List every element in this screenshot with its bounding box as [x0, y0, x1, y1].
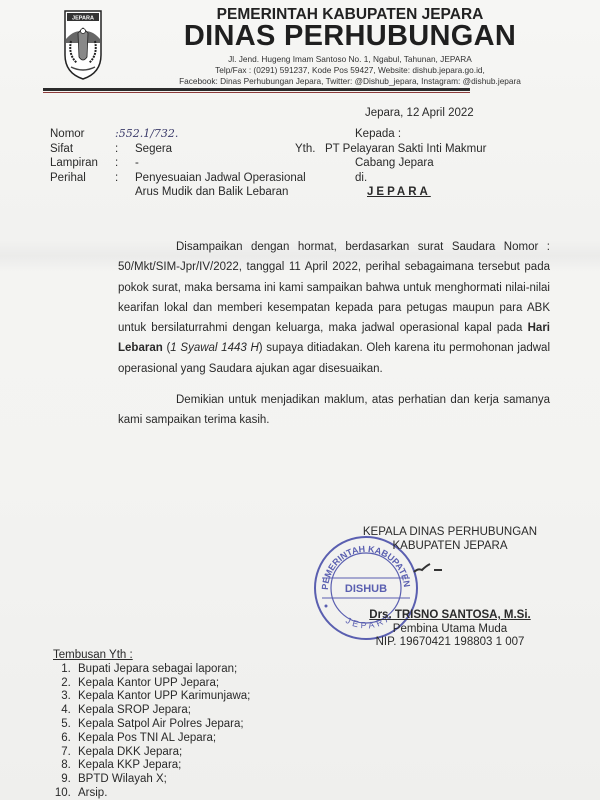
- recipient-yth: Yth.: [295, 142, 325, 157]
- letterhead-divider-accent: [43, 92, 470, 93]
- emblem-label: JEPARA: [72, 16, 94, 22]
- cc-title: Tembusan Yth :: [53, 649, 250, 663]
- recipient-branch: Cabang Jepara: [355, 156, 434, 171]
- cc-item: Kepala Kantor UPP Karimunjawa;: [74, 690, 250, 704]
- recipient-city: JEPARA: [367, 185, 431, 200]
- signatory-title-2: KABUPATEN JEPARA: [345, 540, 555, 554]
- cc-item: Kepala Kantor UPP Jepara;: [74, 677, 250, 691]
- signatory-name: Drs. TRISNO SANTOSA, M.Si.: [345, 609, 555, 623]
- cc-item: BPTD Wilayah X;: [74, 773, 250, 787]
- cc-item: Kepala Pos TNI AL Jepara;: [74, 732, 250, 746]
- signatory-title-1: KEPALA DINAS PERHUBUNGAN: [345, 526, 555, 540]
- letterhead-agency: DINAS PERHUBUNGAN: [140, 20, 560, 53]
- letterhead-contact: Telp/Fax : (0291) 591237, Kode Pos 59427…: [140, 65, 560, 76]
- letter-body: Disampaikan dengan hormat, berdasarkan s…: [118, 237, 550, 431]
- recipient-block: Kepada : Yth.PT Pelayaran Sakti Inti Mak…: [325, 127, 487, 200]
- meta-sifat: Sifat : Segera: [50, 142, 306, 157]
- cc-items: Bupati Jepara sebagai laporan;Kepala Kan…: [53, 663, 250, 800]
- meta-lampiran: Lampiran : -: [50, 156, 306, 171]
- recipient-di: di.: [355, 171, 367, 186]
- signature-block: KEPALA DINAS PERHUBUNGAN KABUPATEN JEPAR…: [345, 526, 555, 650]
- recipient-kepada: Kepada :: [355, 127, 401, 142]
- cc-item: Kepala SROP Jepara;: [74, 704, 250, 718]
- recipient-name: PT Pelayaran Sakti Inti Makmur: [325, 142, 487, 157]
- signatory-rank: Pembina Utama Muda: [345, 623, 555, 637]
- letterhead-contact-block: Jl. Jend. Hugeng Imam Santoso No. 1, Nga…: [140, 54, 560, 87]
- letterhead-divider: [43, 88, 470, 91]
- nomor-handwritten: :552.1/732.: [115, 127, 178, 142]
- jepara-regency-emblem-icon: JEPARA: [63, 9, 103, 81]
- meta-nomor: Nomor :552.1/732.: [50, 127, 306, 142]
- cc-item: Bupati Jepara sebagai laporan;: [74, 663, 250, 677]
- letterhead-address: Jl. Jend. Hugeng Imam Santoso No. 1, Nga…: [140, 54, 560, 65]
- meta-perihal: Perihal : Penyesuaian Jadwal Operasional…: [50, 171, 306, 200]
- cc-item: Arsip.: [74, 787, 250, 800]
- cc-item: Kepala DKK Jepara;: [74, 746, 250, 760]
- letterhead-social: Facebook: Dinas Perhubungan Jepara, Twit…: [140, 76, 560, 87]
- letter-meta: Nomor :552.1/732. Sifat : Segera Lampira…: [50, 127, 306, 200]
- letter-page: JEPARA PEMERINTAH KABUPATEN JEPARA DINAS…: [0, 0, 600, 800]
- signatory-nip: NIP. 19670421 198803 1 007: [345, 636, 555, 650]
- carbon-copy-list: Tembusan Yth : Bupati Jepara sebagai lap…: [53, 649, 250, 800]
- body-paragraph-1: Disampaikan dengan hormat, berdasarkan s…: [118, 237, 550, 379]
- cc-item: Kepala Satpol Air Polres Jepara;: [74, 718, 250, 732]
- body-paragraph-2: Demikian untuk menjadikan maklum, atas p…: [118, 390, 550, 431]
- cc-item: Kepala KKP Jepara;: [74, 759, 250, 773]
- letter-date: Jepara, 12 April 2022: [365, 107, 474, 119]
